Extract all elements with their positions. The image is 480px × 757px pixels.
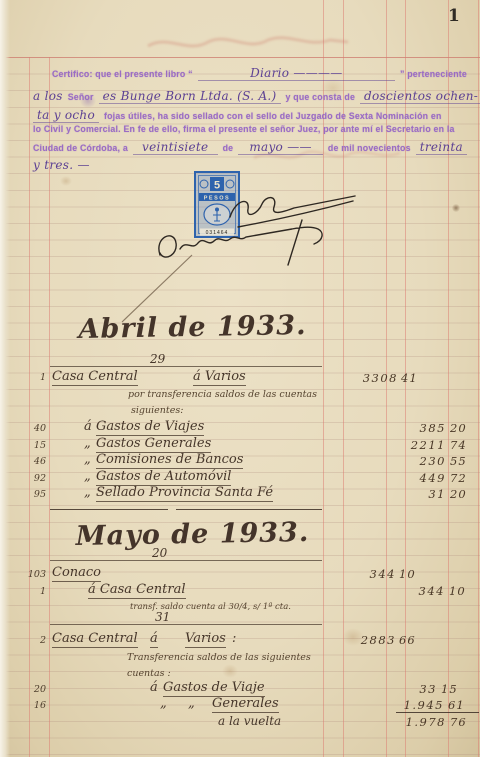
handwritten-text: a los: [33, 89, 63, 103]
credit-amount-pesos: 1.945: [374, 698, 444, 712]
certification-line-3: ta y ocho fojas útiles, ha sido sellado …: [33, 108, 467, 123]
credit-amount-cents: 74: [450, 438, 467, 452]
ditto-mark: á: [150, 680, 158, 695]
folio-number: 95: [26, 489, 46, 500]
handwritten-book-title: Diario ————: [198, 66, 395, 81]
ditto-mark: „: [84, 452, 91, 467]
sum-rule: [396, 712, 479, 713]
certification-line-5: Ciudad de Córdoba, a veintisiete de mayo…: [33, 140, 467, 155]
folio-number: 46: [26, 456, 46, 467]
debit-amount-pesos: 3308: [328, 371, 398, 385]
credit-account-name: Varios: [185, 631, 226, 648]
entry-note: por transferencia saldos de las cuentas: [128, 389, 317, 400]
judge-signature: [230, 196, 355, 227]
page-number: 1: [448, 6, 460, 26]
folio-number: 2: [26, 635, 46, 646]
account-name: Comisiones de Bancos: [96, 452, 243, 469]
account-name: Sellado Provincia Santa Fé: [96, 485, 273, 502]
credit-amount-cents: 61: [448, 698, 465, 712]
date-rule: [50, 366, 322, 367]
section-title-may: Mayo de 1933.: [50, 517, 335, 553]
account-name: Generales: [212, 696, 279, 713]
folio-number: 103: [26, 569, 46, 580]
account-name: Gastos de Viaje: [163, 680, 265, 697]
handwritten-folio-count: doscientos ochen-: [360, 89, 480, 104]
column-rule-6: [478, 0, 479, 757]
debit-amount-pesos: 344: [326, 567, 396, 581]
credit-amount-pesos: 2211: [376, 438, 446, 452]
certification-line-2: a los Señor es Bunge Born Ltda. (S. A.) …: [33, 89, 467, 104]
account-name: Gastos Generales: [96, 436, 211, 453]
folio-number: 92: [26, 473, 46, 484]
credit-amount-pesos: 33: [367, 682, 437, 696]
credit-amount-pesos: 31: [376, 487, 446, 501]
credit-amount-pesos: 344: [375, 584, 445, 598]
folio-number: 15: [26, 440, 46, 451]
credit-account-name: á Casa Central: [88, 582, 186, 599]
margin-rule-left-1: [29, 57, 30, 757]
certification-line-4: lo Civil y Comercial. En fe de ello, fir…: [33, 124, 467, 134]
carry-forward-label: a la vuelta: [218, 714, 281, 728]
handwritten-month: mayo ——: [238, 140, 323, 155]
ditto-mark: „: [160, 696, 167, 711]
date-rule: [50, 624, 322, 625]
ditto-mark: „: [84, 436, 91, 451]
credit-amount-cents: 15: [441, 682, 458, 696]
debit-account-name: Casa Central: [52, 369, 138, 386]
carry-forward-cents: 76: [450, 715, 467, 729]
stamp-text: Señor: [68, 92, 94, 102]
signatures-layer: [40, 165, 400, 330]
credit-amount-pesos: 385: [376, 421, 446, 435]
stamp-text: Certifico: que el presente libro “: [52, 69, 193, 79]
folio-number: 1: [26, 372, 46, 383]
debit-account-name: Casa Central: [52, 631, 138, 648]
stamp-text: Ciudad de Córdoba, a: [33, 143, 128, 153]
scan-page-edge: [0, 0, 10, 757]
debit-amount-pesos: 2883: [326, 633, 396, 647]
handwritten-folio-count: ta y ocho: [33, 108, 99, 123]
date-rule: [50, 560, 322, 561]
credit-amount-cents: 55: [450, 454, 467, 468]
credit-amount-cents: 20: [450, 421, 467, 435]
ditto-mark: „: [84, 469, 91, 484]
entry-note: cuentas :: [127, 668, 171, 679]
date-day-29: 29: [150, 352, 165, 366]
debit-amount-cents: 41: [401, 371, 418, 385]
certification-line-1: Certifico: que el presente libro “ Diari…: [52, 66, 467, 81]
debit-amount-cents: 66: [399, 633, 416, 647]
folio-number: 20: [26, 684, 46, 695]
entry-note: siguientes:: [131, 405, 183, 416]
section-title-april: Abril de 1933.: [50, 310, 335, 346]
folio-number: 16: [26, 700, 46, 711]
folio-number: 1: [26, 586, 46, 597]
section-close-rule: [50, 509, 168, 510]
credit-amount-cents: 10: [449, 584, 466, 598]
stamp-text: lo Civil y Comercial. En fe de ello, fir…: [33, 124, 455, 134]
credit-amount-pesos: 230: [376, 454, 446, 468]
account-name: Gastos de Automóvil: [96, 469, 231, 486]
entry-note: Transferencia saldos de las siguientes: [127, 652, 311, 663]
debit-amount-cents: 10: [399, 567, 416, 581]
stamp-text: y que consta de: [286, 92, 355, 102]
colon-mark: :: [232, 631, 236, 646]
ditto-mark: á: [84, 419, 92, 434]
credit-amount-pesos: 449: [376, 471, 446, 485]
handwritten-owner-name: es Bunge Born Ltda. (S. A.): [99, 89, 281, 104]
stamp-text: de mil novecientos: [328, 143, 411, 153]
connector-word: á: [150, 631, 158, 648]
section-close-rule: [176, 509, 322, 510]
credit-account-name: á Varios: [193, 369, 246, 386]
stamp-text: de: [223, 143, 234, 153]
handwritten-year: treinta: [416, 140, 467, 155]
ink-bleed-ghost: [140, 30, 355, 58]
ledger-page: 1 Certifico: que el presente libro “ Dia…: [0, 0, 480, 757]
date-day-31: 31: [155, 610, 170, 624]
folio-number: 40: [26, 423, 46, 434]
debit-account-name: Conaco: [52, 565, 101, 582]
date-day-20: 20: [152, 546, 167, 560]
credit-amount-cents: 20: [450, 487, 467, 501]
stamp-text: fojas útiles, ha sido sellado con el sel…: [104, 111, 442, 121]
stamp-text: ” perteneciente: [400, 69, 467, 79]
ditto-mark: „: [188, 696, 195, 711]
handwritten-day: veintisiete: [133, 140, 218, 155]
credit-amount-cents: 72: [450, 471, 467, 485]
ditto-mark: „: [84, 485, 91, 500]
carry-forward-pesos: 1.978: [376, 715, 446, 729]
account-name: Gastos de Viajes: [96, 419, 204, 436]
